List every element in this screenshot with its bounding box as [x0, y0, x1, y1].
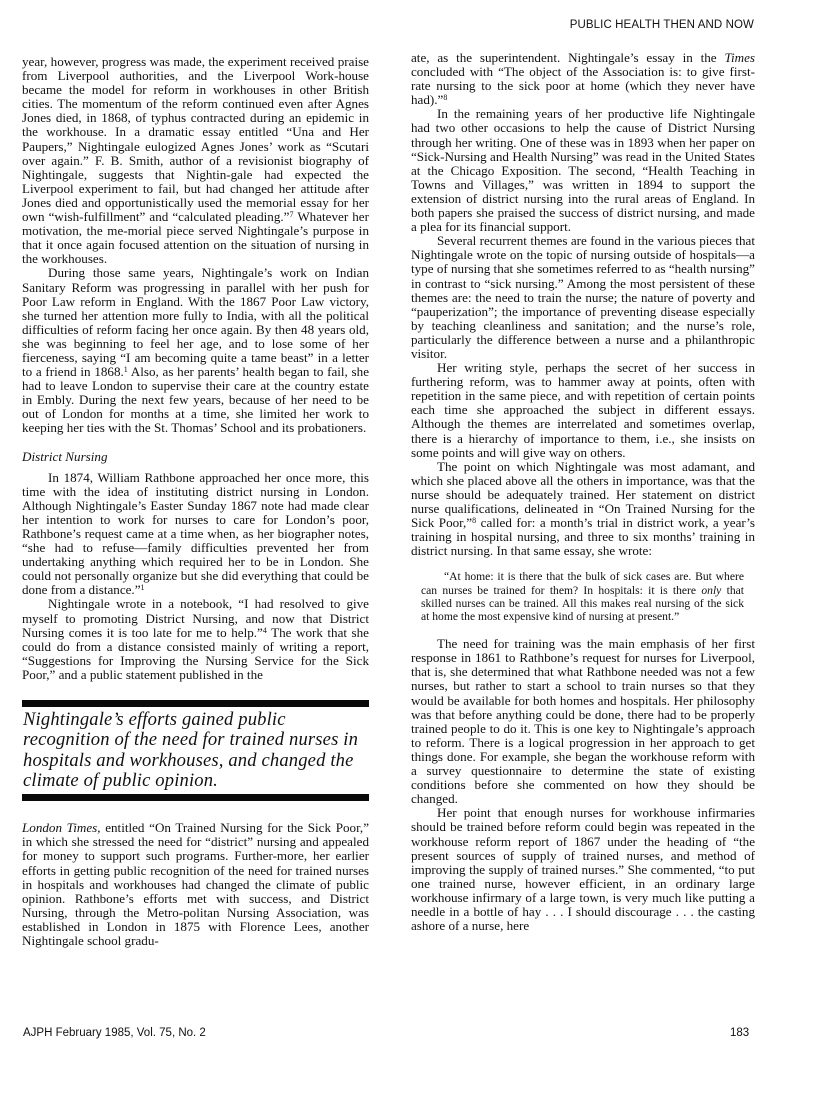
paragraph-text: year, however, progress was made, the ex…: [22, 54, 369, 224]
quote-text: “At home: it is there that the bulk of s…: [421, 570, 744, 596]
pull-quote: Nightingale’s efforts gained public reco…: [22, 700, 369, 801]
paragraph-text: In 1874, William Rathbone approached her…: [22, 470, 369, 598]
running-head: PUBLIC HEALTH THEN AND NOW: [570, 19, 754, 31]
paragraph: Her point that enough nurses for workhou…: [411, 806, 755, 933]
block-quote: “At home: it is there that the bulk of s…: [421, 570, 744, 623]
paragraph-text: entitled “On Trained Nursing for the Sic…: [22, 820, 369, 948]
section-heading: District Nursing: [22, 450, 369, 464]
right-column: ate, as the superintendent. Nightingale’…: [411, 51, 755, 933]
paragraph-text: concluded with “The object of the Associ…: [411, 64, 755, 107]
paragraph: London Times, entitled “On Trained Nursi…: [22, 821, 369, 948]
journal-citation: AJPH February 1985, Vol. 75, No. 2: [23, 1027, 206, 1039]
page-number: 183: [730, 1027, 749, 1039]
publication-title: Times: [724, 50, 755, 65]
paragraph: During those same years, Nightingale’s w…: [22, 266, 369, 435]
paragraph: The point on which Nightingale was most …: [411, 460, 755, 559]
paragraph: In the remaining years of her productive…: [411, 107, 755, 234]
pull-quote-bottom-rule: [22, 794, 369, 801]
paragraph: year, however, progress was made, the ex…: [22, 55, 369, 266]
paragraph: Her writing style, perhaps the secret of…: [411, 361, 755, 460]
paragraph-text: ate, as the superintendent. Nightingale’…: [411, 50, 724, 65]
pull-quote-text: Nightingale’s efforts gained public reco…: [22, 707, 369, 794]
quote-emphasis: only: [701, 584, 721, 597]
left-column: year, however, progress was made, the ex…: [22, 55, 369, 948]
publication-title: London Times,: [22, 820, 101, 835]
paragraph: Several recurrent themes are found in th…: [411, 234, 755, 361]
paragraph: Nightingale wrote in a notebook, “I had …: [22, 597, 369, 682]
paragraph: The need for training was the main empha…: [411, 637, 755, 806]
block-quote-text: “At home: it is there that the bulk of s…: [421, 570, 744, 623]
reference-marker: 1: [141, 583, 145, 592]
paragraph: ate, as the superintendent. Nightingale’…: [411, 51, 755, 107]
reference-marker: 8: [443, 93, 447, 102]
pull-quote-top-rule: [22, 700, 369, 707]
paragraph-text: During those same years, Nightingale’s w…: [22, 265, 369, 379]
paragraph: In 1874, William Rathbone approached her…: [22, 471, 369, 598]
